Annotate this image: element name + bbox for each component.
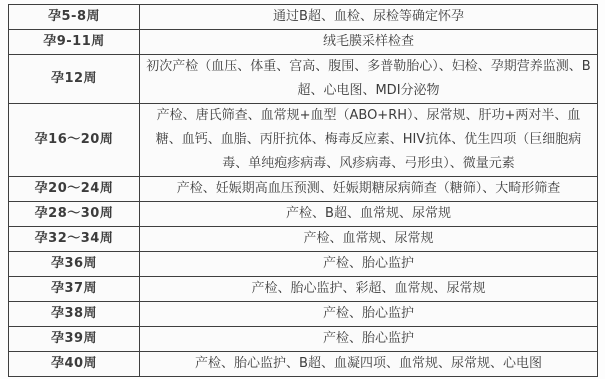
items-cell: 产检、血常规、尿常规	[140, 227, 598, 252]
table-row: 孕12周初次产检（血压、体重、宫高、腹围、多普勒胎心）、妇检、孕期营养监测、B超…	[9, 55, 598, 104]
items-cell: 产检、B超、血常规、尿常规	[140, 202, 598, 227]
table-row: 孕36周产检、胎心监护	[9, 252, 598, 277]
table-row: 孕37周产检、胎心监护、彩超、血常规、尿常规	[9, 277, 598, 302]
week-cell: 孕38周	[9, 302, 140, 327]
week-cell: 孕37周	[9, 277, 140, 302]
table-row: 孕5-8周通过B超、血检、尿检等确定怀孕	[9, 5, 598, 30]
table-row: 孕32～34周产检、血常规、尿常规	[9, 227, 598, 252]
week-cell: 孕5-8周	[9, 5, 140, 30]
table-row: 孕40周产检、胎心监护、B超、血凝四项、血常规、尿常规、心电图	[9, 352, 598, 377]
items-cell: 初次产检（血压、体重、宫高、腹围、多普勒胎心）、妇检、孕期营养监测、B超、心电图…	[140, 55, 598, 104]
items-cell: 产检、胎心监护、彩超、血常规、尿常规	[140, 277, 598, 302]
table-row: 孕39周产检、胎心监护	[9, 327, 598, 352]
week-cell: 孕9-11周	[9, 30, 140, 55]
table-row: 孕9-11周绒毛膜采样检查	[9, 30, 598, 55]
items-cell: 通过B超、血检、尿检等确定怀孕	[140, 5, 598, 30]
table-row: 孕28～30周产检、B超、血常规、尿常规	[9, 202, 598, 227]
pregnancy-checkup-table: 孕5-8周通过B超、血检、尿检等确定怀孕孕9-11周绒毛膜采样检查孕12周初次产…	[8, 4, 598, 377]
items-cell: 产检、胎心监护	[140, 327, 598, 352]
items-cell: 产检、胎心监护	[140, 252, 598, 277]
week-cell: 孕12周	[9, 55, 140, 104]
week-cell: 孕39周	[9, 327, 140, 352]
table-body: 孕5-8周通过B超、血检、尿检等确定怀孕孕9-11周绒毛膜采样检查孕12周初次产…	[9, 5, 598, 377]
items-cell: 绒毛膜采样检查	[140, 30, 598, 55]
items-cell: 产检、妊娠期高血压预测、妊娠期糖尿病筛查（糖筛）、大畸形筛查	[140, 177, 598, 202]
table-row: 孕38周产检、胎心监护	[9, 302, 598, 327]
week-cell: 孕40周	[9, 352, 140, 377]
week-cell: 孕20～24周	[9, 177, 140, 202]
week-cell: 孕28～30周	[9, 202, 140, 227]
items-cell: 产检、胎心监护	[140, 302, 598, 327]
week-cell: 孕16～20周	[9, 104, 140, 177]
table-row: 孕20～24周产检、妊娠期高血压预测、妊娠期糖尿病筛查（糖筛）、大畸形筛查	[9, 177, 598, 202]
week-cell: 孕36周	[9, 252, 140, 277]
items-cell: 产检、唐氏筛查、血常规+血型（ABO+RH）、尿常规、肝功+两对半、血糖、血钙、…	[140, 104, 598, 177]
pregnancy-checkup-schedule: 孕5-8周通过B超、血检、尿检等确定怀孕孕9-11周绒毛膜采样检查孕12周初次产…	[8, 4, 598, 377]
items-cell: 产检、胎心监护、B超、血凝四项、血常规、尿常规、心电图	[140, 352, 598, 377]
week-cell: 孕32～34周	[9, 227, 140, 252]
table-row: 孕16～20周产检、唐氏筛查、血常规+血型（ABO+RH）、尿常规、肝功+两对半…	[9, 104, 598, 177]
